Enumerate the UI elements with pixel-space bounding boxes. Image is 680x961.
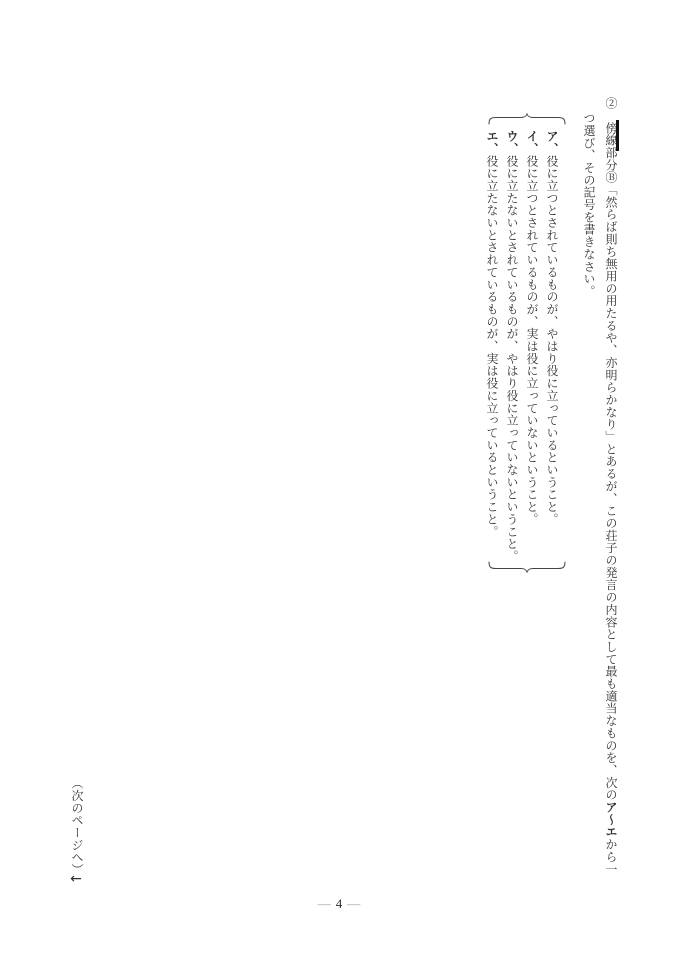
options-overbrace [488, 113, 566, 125]
next-page-note-text: （次のページへ） [70, 777, 84, 876]
overbrace-icon [488, 113, 566, 125]
page-number-dash-left: — [313, 896, 336, 911]
option-u: ウ、役に立たないとされているものが、やはり役に立っていないということ。 [504, 130, 520, 562]
option-u-label: ウ、 [505, 130, 519, 155]
option-i-label: イ、 [525, 130, 539, 155]
options-underbrace [488, 561, 566, 573]
underbrace-icon [488, 561, 566, 573]
option-a-label: ア、 [545, 130, 559, 155]
question-line-1: ② 傍線部分Ⓑ「然らば則ち無用の用たるや、亦明らかなり」とあるが、この荘子の発言… [603, 97, 619, 875]
question-choice-range: ア〜エ [604, 801, 618, 838]
page-number-dash-right: — [342, 896, 365, 911]
question-line-2: つ選び、その記号を書きなさい。 [581, 112, 597, 297]
question-line-1-text: ② 傍線部分Ⓑ「然らば則ち無用の用たるや、亦明らかなり」とあるが、この荘子の発言… [604, 97, 618, 801]
option-a: ア、役に立つとされているものが、やはり役に立っているということ。 [544, 130, 560, 525]
sideline-mark [616, 120, 619, 151]
option-u-text: 役に立たないとされているものが、やはり役に立っていないということ。 [505, 155, 519, 563]
question-line-2-text: つ選び、その記号を書きなさい。 [582, 112, 596, 297]
option-i: イ、役に立つとされているものが、実は役に立っていないということ。 [524, 130, 540, 525]
option-e-label: エ、 [485, 130, 499, 155]
option-a-text: 役に立つとされているものが、やはり役に立っているということ。 [545, 155, 559, 526]
question-line-1-end: から一 [604, 838, 618, 875]
exam-page: ② 傍線部分Ⓑ「然らば則ち無用の用たるや、亦明らかなり」とあるが、この荘子の発言… [0, 0, 680, 961]
page-number: —4— [294, 896, 384, 912]
option-i-text: 役に立つとされているものが、実は役に立っていないということ。 [525, 155, 539, 526]
next-page-note: （次のページへ） [69, 777, 85, 876]
option-e-text: 役に立たないとされているものが、実は役に立っているということ。 [485, 155, 499, 538]
option-e: エ、役に立たないとされているものが、実は役に立っているということ。 [484, 130, 500, 538]
next-page-arrow-icon: ← [67, 871, 85, 887]
